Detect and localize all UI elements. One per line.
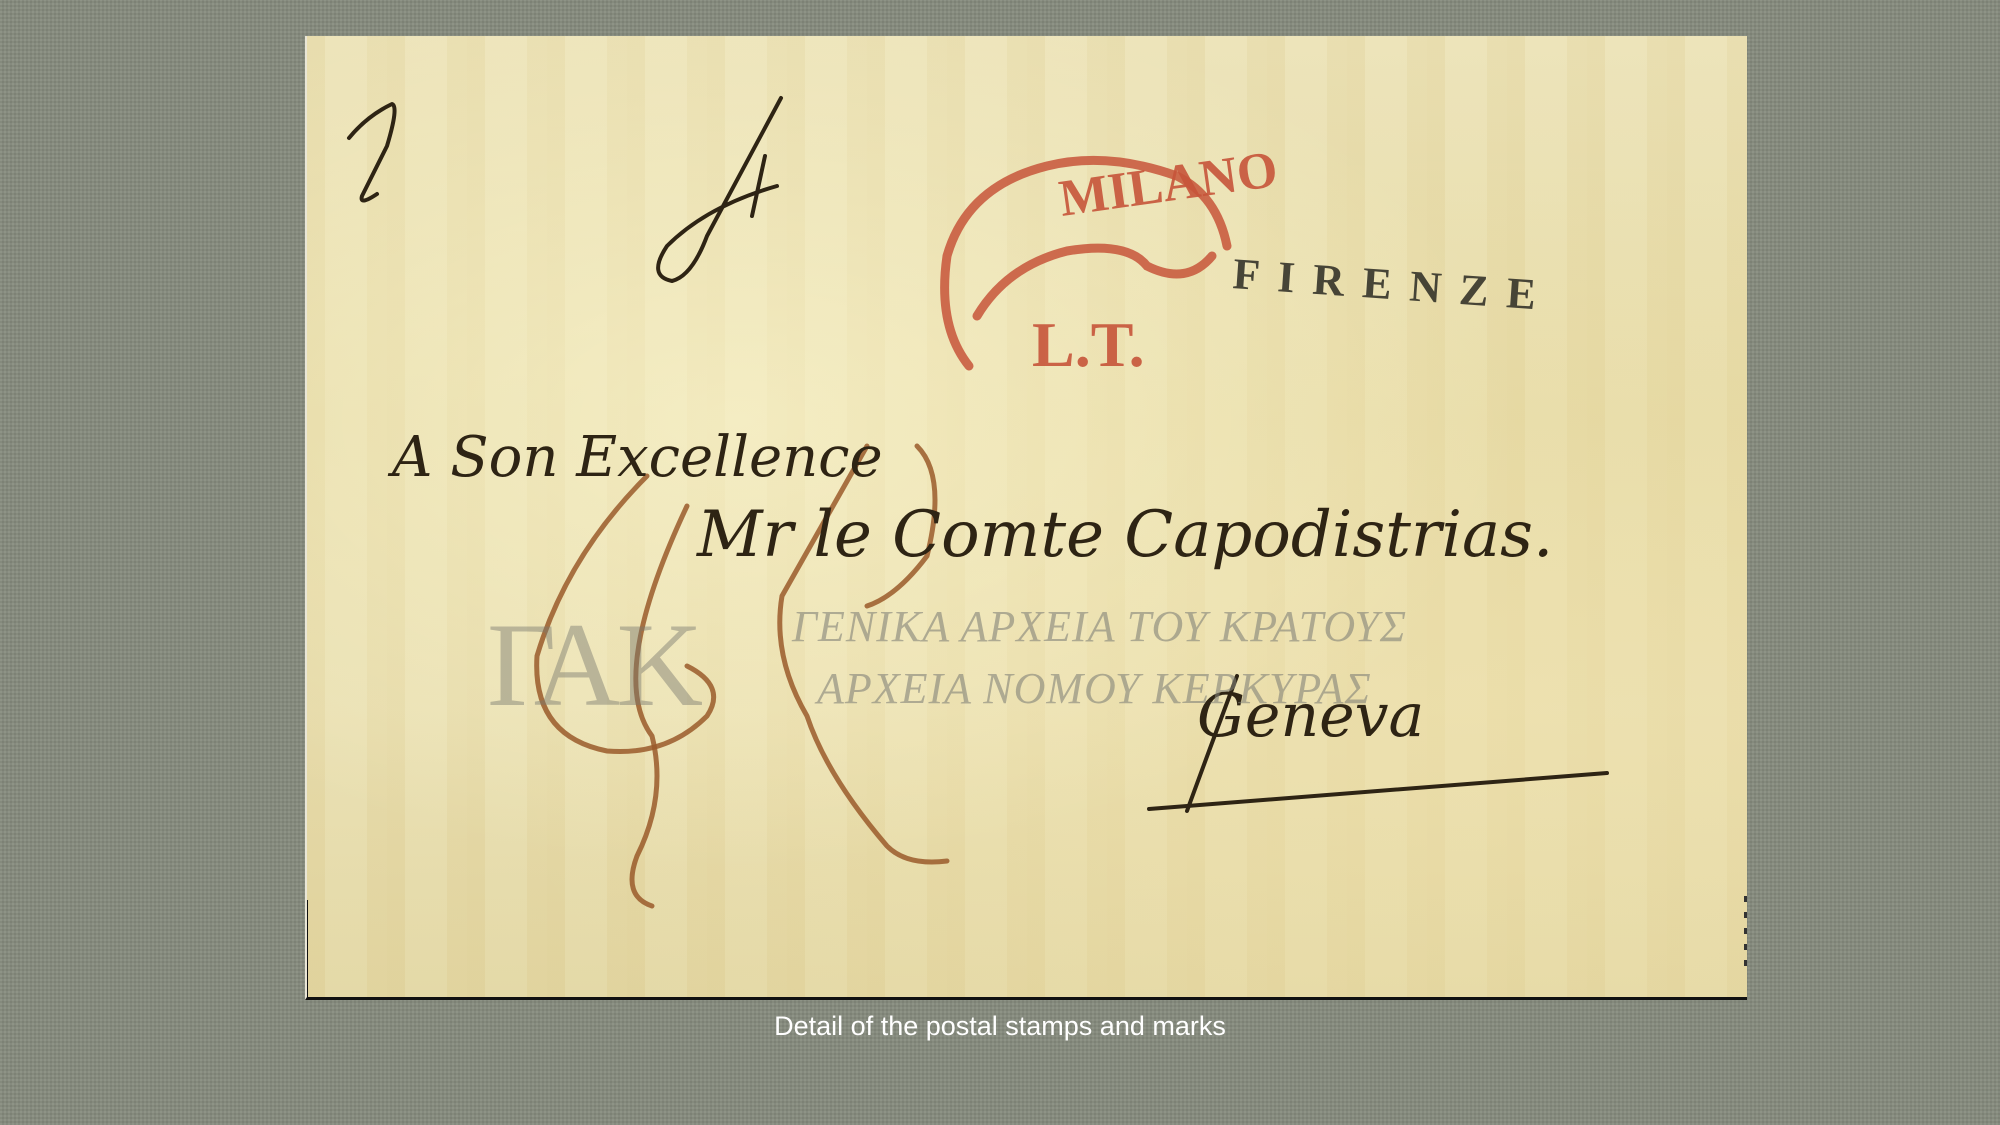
archive-watermark-line-2: ΑΡΧΕΙΑ ΝΟΜΟΥ ΚΕΡΚΥΡΑΣ: [817, 663, 1372, 714]
underline-stroke: [1149, 773, 1607, 809]
numeral-2-mark: [349, 104, 395, 201]
address-line-2: Mr le Comte Capodistrias.: [696, 498, 1553, 572]
rate-mark-14: [658, 98, 781, 281]
postmark-lt-text: L.T.: [1032, 309, 1145, 380]
postal-markings-illustration: MILANO L.T. FIRENZE A Son Excellence Mr …: [307, 36, 1747, 1000]
slide-caption: Detail of the postal stamps and marks: [0, 1011, 2000, 1042]
archive-watermark-logo: ΓΑΚ: [487, 596, 699, 734]
archive-watermark-line-1: ΓΕΝΙΚΑ ΑΡΧΕΙΑ ΤΟΥ ΚΡΑΤΟΥΣ: [792, 601, 1407, 652]
firenze-stamp-text: FIRENZE: [1231, 249, 1555, 320]
milano-postmark-text: MILANO: [1056, 141, 1281, 228]
letter-photo: MILANO L.T. FIRENZE A Son Excellence Mr …: [305, 36, 1747, 1000]
photo-edge-shadow-left: [305, 900, 308, 1000]
address-line-1: A Son Excellence: [387, 425, 883, 490]
photo-edge-marks-right: [1744, 896, 1747, 976]
